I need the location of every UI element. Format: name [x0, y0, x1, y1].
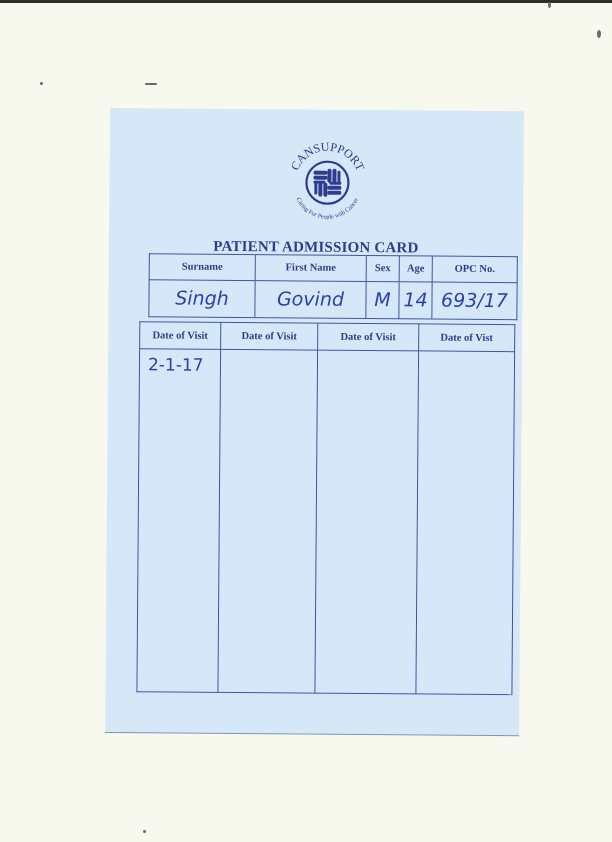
scan-artifact	[143, 830, 146, 833]
surname-header: Surname	[149, 254, 255, 281]
svg-text:Caring For People with Cancer: Caring For People with Cancer	[294, 196, 360, 220]
scan-artifact	[548, 2, 551, 8]
opc-no-header: OPC No.	[432, 256, 517, 283]
first-name-value: Govind	[255, 281, 366, 319]
visit-date-value	[221, 350, 317, 357]
visit-date-value	[419, 351, 514, 358]
cansupport-logo: CANSUPPORT Caring For People with Cancer	[287, 134, 368, 220]
visits-entry-row: 2-1-17	[137, 349, 515, 695]
patient-info-header-row: Surname First Name Sex Age OPC No.	[149, 254, 517, 283]
patient-admission-card: CANSUPPORT Caring For People with Cancer	[105, 108, 524, 736]
svg-text:CANSUPPORT: CANSUPPORT	[288, 139, 368, 173]
scan-artifact	[597, 30, 601, 38]
sex-value: M	[366, 282, 399, 319]
visits-header-row: Date of Visit Date of Visit Date of Visi…	[140, 322, 515, 352]
clasped-hands-icon: CANSUPPORT Caring For People with Cancer	[287, 134, 368, 220]
age-header: Age	[399, 256, 432, 282]
visit-entry-cell: 2-1-17	[137, 349, 221, 693]
visit-date-header: Date of Visit	[318, 323, 419, 351]
sex-header: Sex	[366, 256, 399, 282]
visit-entry-cell	[218, 349, 318, 693]
scan-artifact	[145, 83, 157, 85]
visit-date-header: Date of Visit	[221, 322, 318, 350]
visits-table: Date of Visit Date of Visit Date of Visi…	[136, 321, 515, 695]
age-value: 14	[399, 282, 432, 319]
visit-date-header: Date of Vist	[419, 324, 515, 352]
surname-value: Singh	[149, 280, 255, 318]
visit-date-value	[318, 351, 418, 358]
patient-info-value-row: Singh Govind M 14 693/17	[149, 280, 517, 320]
visit-entry-cell	[416, 351, 515, 695]
scan-artifact	[40, 82, 43, 85]
first-name-header: First Name	[255, 255, 366, 282]
visit-date-header: Date of Visit	[140, 322, 221, 350]
scan-top-edge	[0, 0, 612, 3]
patient-info-table: Surname First Name Sex Age OPC No. Singh…	[148, 253, 517, 320]
visit-date-value: 2-1-17	[140, 349, 220, 376]
visit-entry-cell	[315, 350, 419, 694]
opc-no-value: 693/17	[432, 282, 517, 320]
